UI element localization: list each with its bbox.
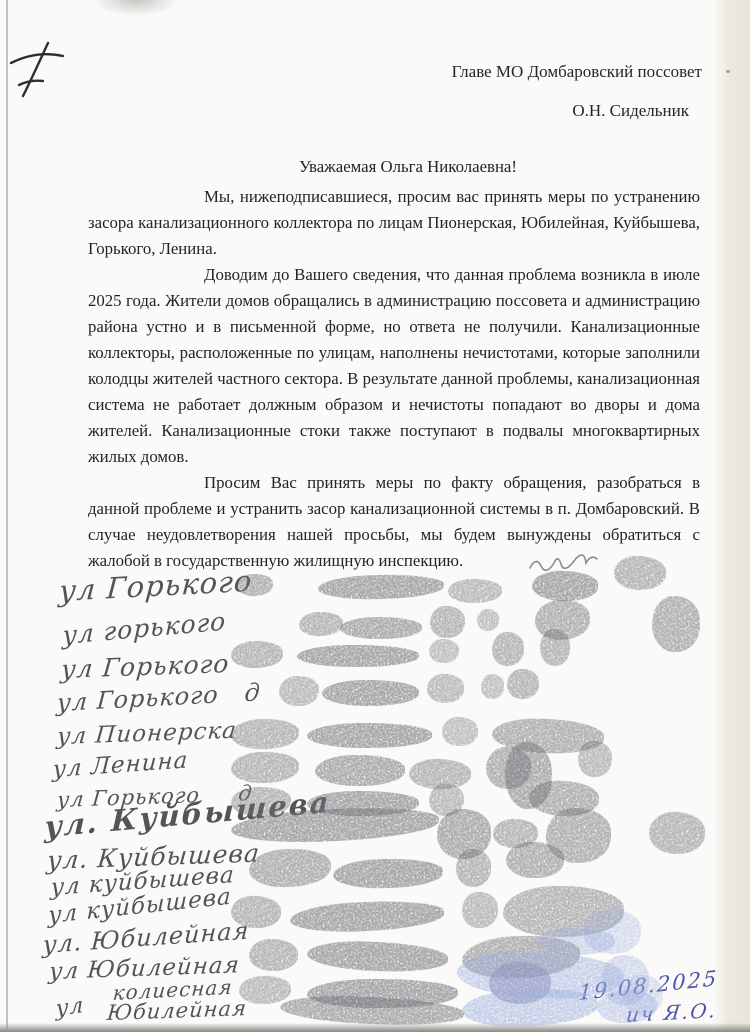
redacted-smudge <box>613 555 666 591</box>
redacted-smudge <box>427 674 465 704</box>
signature-street-row: ул Пионерска <box>56 718 238 750</box>
redacted-smudge <box>318 574 445 601</box>
signature-street-row: ул <box>56 993 85 1022</box>
scanned-letter-page: { "header": { "recipient": "Главе МО Дом… <box>0 0 750 1032</box>
paragraph-2: Доводим до Вашего сведения, что данная п… <box>88 262 700 470</box>
redacted-smudge <box>231 640 284 668</box>
redacted-smudge <box>289 899 444 935</box>
redacted-smudge <box>442 717 479 747</box>
redacted-smudge <box>651 595 701 653</box>
redacted-smudge <box>279 676 320 707</box>
redacted-smudge <box>539 628 571 666</box>
redacted-smudge <box>297 645 419 667</box>
redacted-smudge <box>456 948 625 1002</box>
redacted-smudge <box>623 975 664 1016</box>
redacted-smudge <box>299 612 344 637</box>
recipient-block: Главе МО Домбаровский поссовет О.Н. Сиде… <box>452 62 702 121</box>
signature-street-row: ул Горького <box>60 649 231 684</box>
recipient-title: Главе МО Домбаровский поссовет <box>452 62 702 82</box>
redacted-smudge <box>231 751 300 784</box>
salutation: Уважаемая Ольга Николаевна! <box>88 154 700 180</box>
redacted-smudge <box>462 892 499 929</box>
redacted-smudge <box>315 755 405 786</box>
recipient-name: О.Н. Сидельник <box>452 101 702 121</box>
redacted-smudge <box>430 606 466 639</box>
redacted-smudge <box>340 617 422 639</box>
redacted-smudge <box>456 849 491 887</box>
scan-left-edge <box>6 0 8 1032</box>
redacted-smudge <box>577 740 613 778</box>
redacted-smudge <box>648 811 706 855</box>
signature-street-row: ул Ленина <box>52 747 189 783</box>
signature-street-row: ул Горького д <box>56 678 262 717</box>
redacted-smudge <box>307 723 432 748</box>
redacted-smudge <box>480 673 504 699</box>
signature-street-row: Юбилейная <box>106 996 248 1025</box>
redacted-smudge <box>248 847 332 889</box>
redacted-smudge <box>237 573 274 597</box>
redacted-smudge <box>306 939 448 974</box>
redacted-smudge <box>477 609 500 632</box>
redacted-smudge <box>239 975 292 1004</box>
signature-street-row: ул горького <box>62 606 227 650</box>
page-curl-shadow <box>92 0 180 16</box>
redacted-smudge <box>506 668 539 699</box>
redacted-smudge <box>491 631 525 666</box>
paragraph-3: Просим Вас принять меры по факту обращен… <box>88 470 700 574</box>
handwritten-page-mark-icon <box>8 40 66 102</box>
letter-body: Уважаемая Ольга Николаевна! Мы, нижеподп… <box>88 154 700 574</box>
redacted-smudge <box>231 718 300 750</box>
redacted-smudge <box>333 858 444 889</box>
redacted-smudge <box>448 579 502 603</box>
scan-speck <box>726 70 730 73</box>
redacted-smudge <box>249 938 299 971</box>
redacted-smudge <box>532 570 599 601</box>
redacted-smudge <box>429 639 460 664</box>
redacted-smudge <box>506 841 565 878</box>
redacted-smudge <box>582 908 641 954</box>
paragraph-1: Мы, нижеподписавшиеся, просим вас принят… <box>88 184 700 262</box>
scan-right-margin <box>713 0 750 1032</box>
redacted-smudge <box>322 680 419 706</box>
